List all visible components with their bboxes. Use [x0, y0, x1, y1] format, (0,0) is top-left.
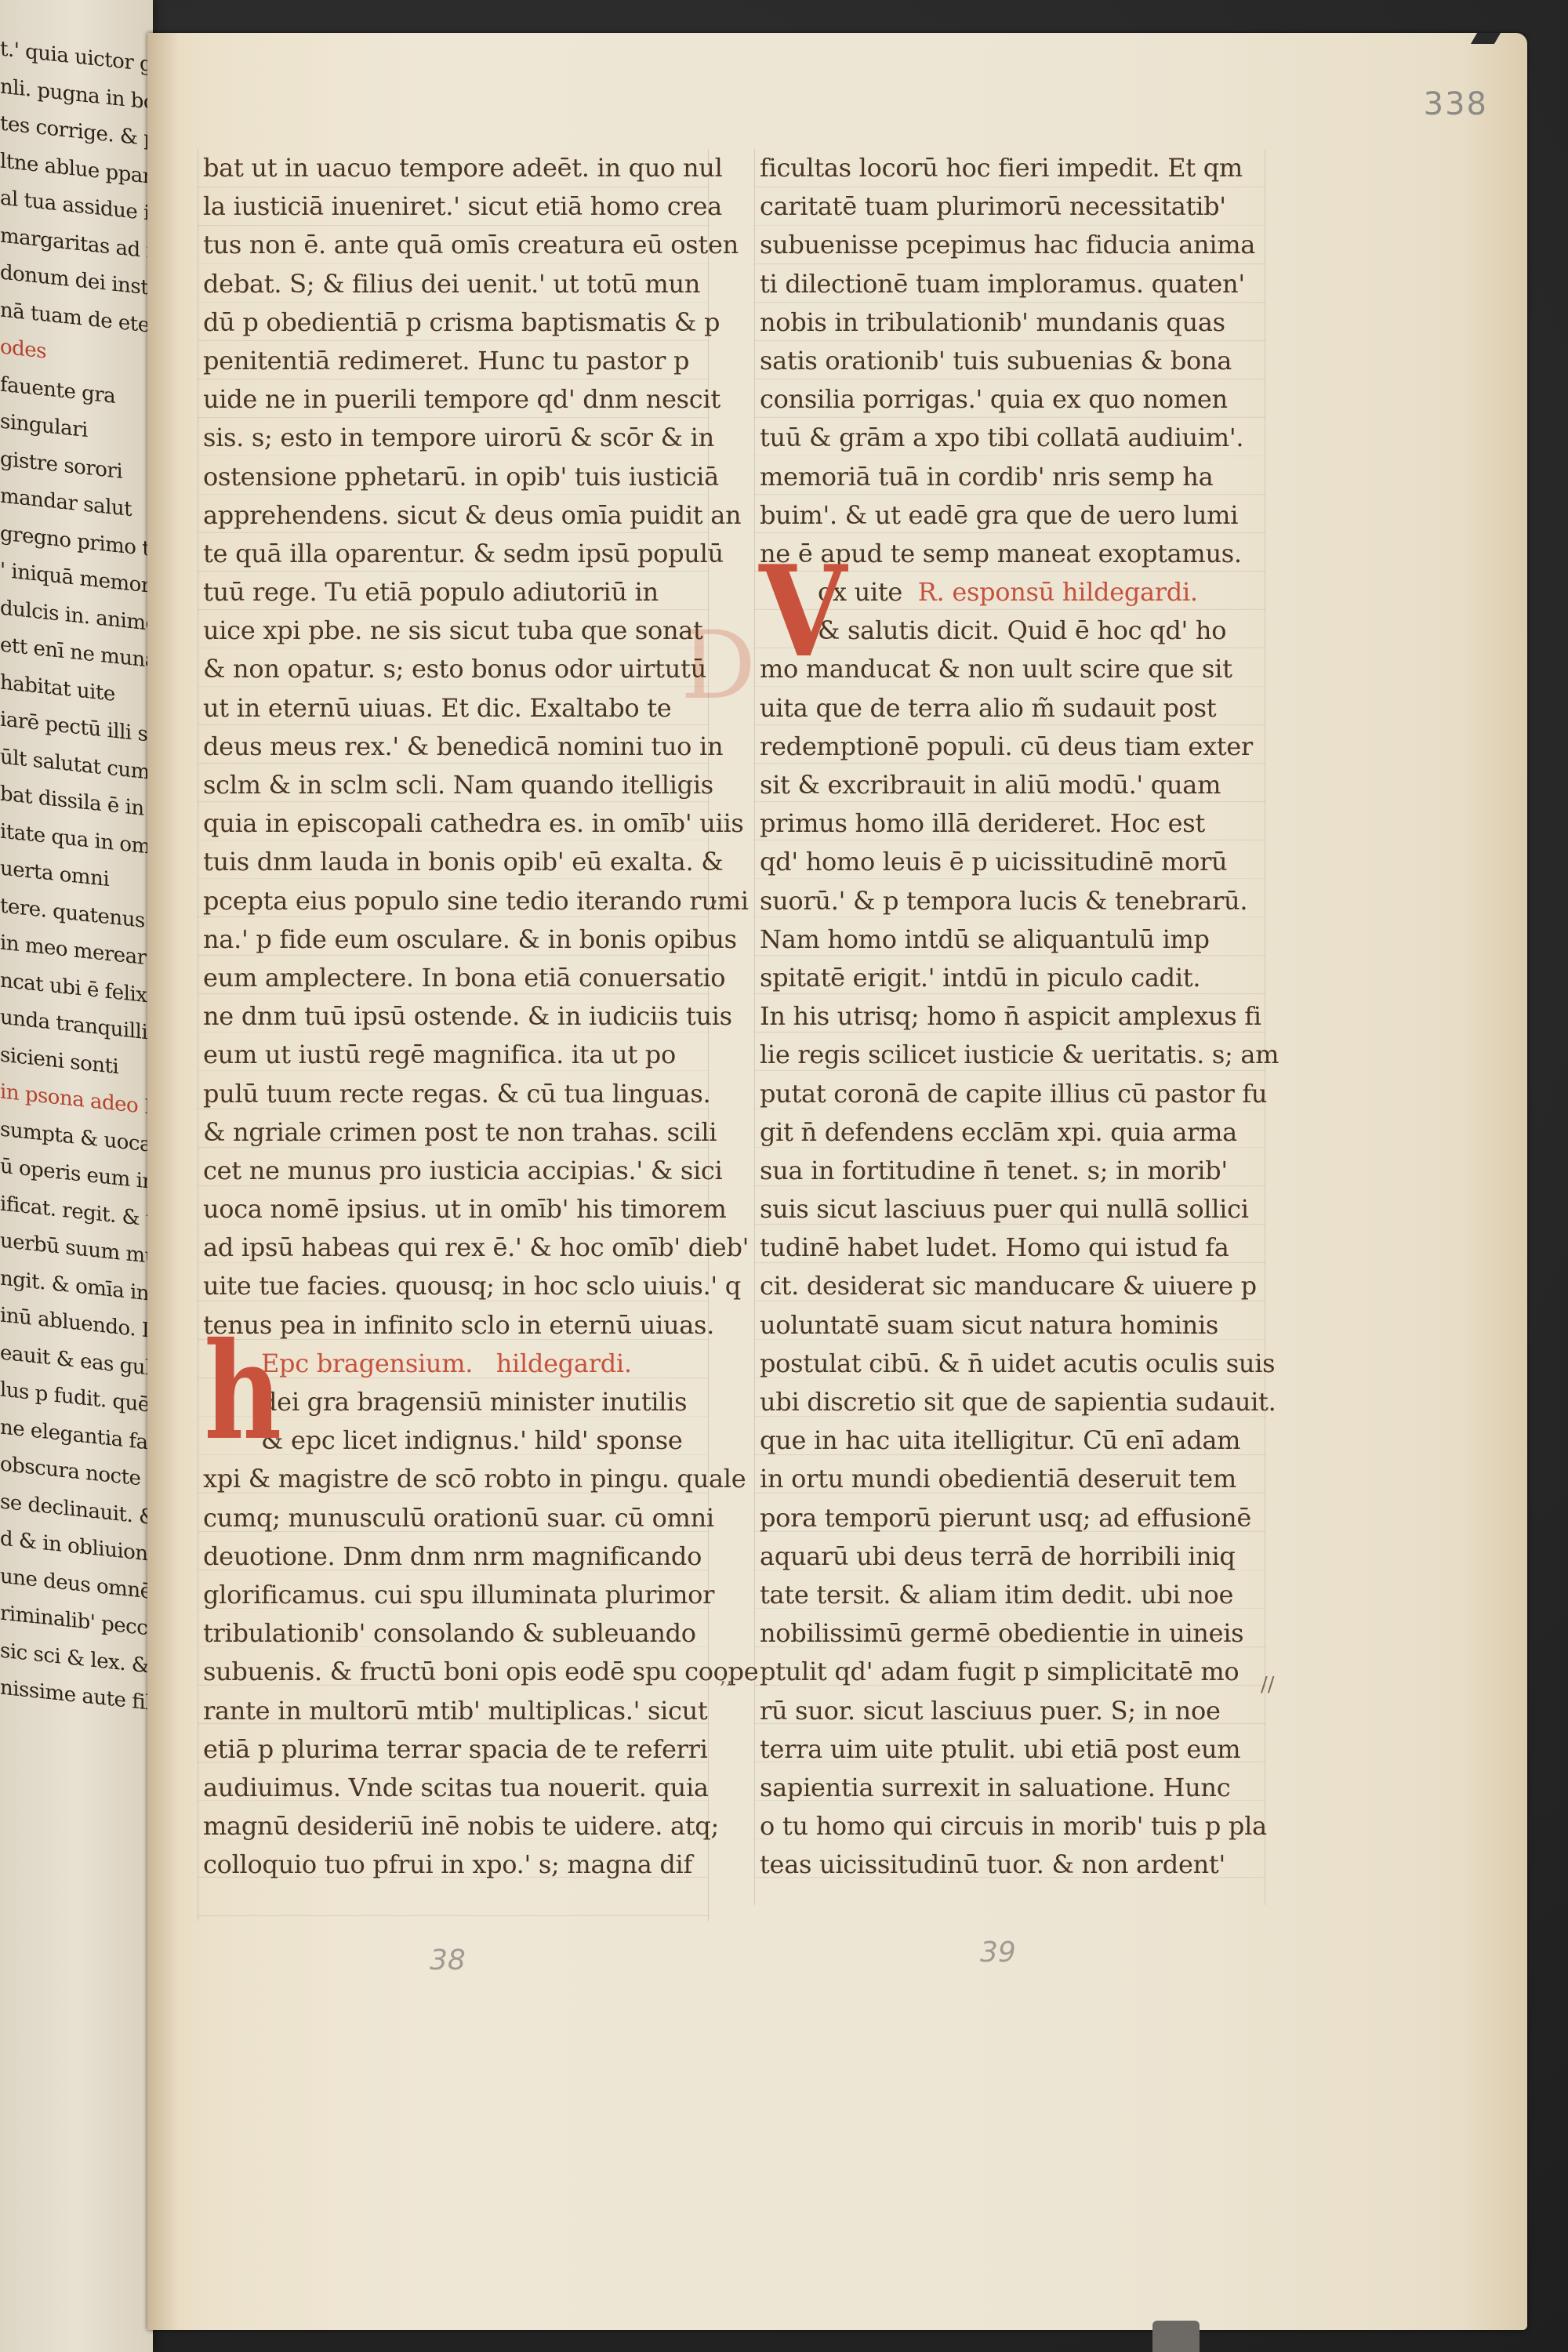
marginal-mark: ,,: [720, 1665, 733, 1689]
text-line: sis. s; esto in tempore uirorū & scōr & …: [198, 419, 708, 457]
marginal-mark: ,,: [712, 884, 725, 908]
text-line: debat. S; & filius dei uenit.' ut totū m…: [198, 265, 708, 303]
text-line: teas uicissitudinū tuor. & non ardent': [755, 1846, 1265, 1884]
text-line: deuotione. Dnm dnm nrm magnificando: [198, 1537, 708, 1576]
text-line: terra uim uite ptulit. ubi etiā post eum: [755, 1730, 1265, 1769]
text-line: ptulit qd' adam fugit p simplicitatē mo: [755, 1653, 1265, 1691]
text-line: tuis dnm lauda in bonis opib' eū exalta.…: [198, 843, 708, 881]
folio-number: 338: [1424, 86, 1488, 122]
text-line: subuenisse pcepimus hac fiducia anima: [755, 226, 1265, 264]
text-line: apprehendens. sicut & deus omīa puidit a…: [198, 496, 708, 535]
text-line: quia in episcopali cathedra es. in omīb'…: [198, 804, 708, 843]
text-line: rū suor. sicut lasciuus puer. S; in noe: [755, 1692, 1265, 1730]
footer-number-right: 39: [980, 1936, 1016, 1969]
text-line: ti dilectionē tuam imploramus. quaten': [755, 265, 1265, 303]
text-line: qd' homo leuis ē p uicissitudinē morū: [755, 843, 1265, 881]
text-line: memoriā tuā in cordib' nris semp ha: [755, 458, 1265, 496]
text-line: dū p obedientiā p crisma baptismatis & p: [198, 303, 708, 342]
text-line: lie regis scilicet iusticie & ueritatis.…: [755, 1036, 1265, 1074]
text-line: te quā illa oparentur. & sedm ipsū popul…: [198, 535, 708, 573]
text-line: suorū.' & p tempora lucis & tenebrarū.: [755, 882, 1265, 920]
text-line: sapientia surrexit in saluatione. Hunc: [755, 1769, 1265, 1807]
text-line: sclm & in sclm scli. Nam quando itelligi…: [198, 766, 708, 804]
text-line: uide ne in puerili tempore qd' dnm nesci…: [198, 380, 708, 419]
text-line: putat coronā de capite illius cū pastor …: [755, 1075, 1265, 1113]
text-line: In his utrisq; homo n̄ aspicit amplexus …: [755, 997, 1265, 1036]
text-line: cet ne munus pro iusticia accipias.' & s…: [198, 1152, 708, 1190]
text-line: que in hac uita itelligitur. Cū enī adam: [755, 1421, 1265, 1460]
text-line: & non opatur. s; esto bonus odor uirtutū: [198, 650, 708, 688]
text-line: penitentiā redimeret. Hunc tu pastor p: [198, 342, 708, 380]
book-clasp: [1152, 2321, 1200, 2352]
text-line: & ngriale crimen post te non trahas. sci…: [198, 1113, 708, 1152]
text-line: rante in multorū mtib' multiplicas.' sic…: [198, 1692, 708, 1730]
text-line: eum amplectere. In bona etiā conuersatio: [198, 959, 708, 997]
text-line: ficultas locorū hoc fieri impedit. Et qm: [755, 149, 1265, 187]
text-line: uoca nomē ipsius. ut in omīb' his timore…: [198, 1190, 708, 1229]
text-line: tudinē habet ludet. Homo qui istud fa: [755, 1229, 1265, 1267]
rubricated-initial-v: V: [759, 549, 847, 674]
text-line: pulū tuum recte regas. & cū tua linguas.: [198, 1075, 708, 1113]
text-line: in ortu mundi obedientiā deseruit tem: [755, 1460, 1265, 1498]
text-line: ostensione pphetarū. in opib' tuis iusti…: [198, 458, 708, 496]
text-line: consilia porrigas.' quia ex quo nomen: [755, 380, 1265, 419]
text-line: nobis in tribulationib' mundanis quas: [755, 303, 1265, 342]
left-text-column: bat ut in uacuo tempore adeēt. in quo nu…: [198, 149, 709, 1921]
footer-number-left: 38: [430, 1944, 466, 1976]
text-line: tate tersit. & aliam itim dedit. ubi noe: [755, 1576, 1265, 1614]
text-line: uita que de terra alio m̃ sudauit post: [755, 689, 1265, 728]
text-line: cit. desiderat sic manducare & uiuere p: [755, 1267, 1265, 1305]
text-line: subuenis. & fructū boni opis eodē spu co…: [198, 1653, 708, 1691]
text-line: postulat cibū. & n̄ uidet acutis oculis …: [755, 1345, 1265, 1383]
text-line: tus non ē. ante quā omīs creatura eū ost…: [198, 226, 708, 264]
text-line: suis sicut lasciuus puer qui nullā solli…: [755, 1190, 1265, 1229]
text-line: glorificamus. cui spu illuminata plurimo…: [198, 1576, 708, 1614]
right-text-column: ficultas locorū hoc fieri impedit. Et qm…: [754, 149, 1265, 1905]
rubricated-initial-h: h: [204, 1325, 281, 1458]
marginal-mark: //: [1261, 1673, 1275, 1697]
text-line: magnū desideriū inē nobis te uidere. atq…: [198, 1807, 708, 1846]
response-rubric: R. esponsū hildegardi.: [918, 577, 1198, 607]
text-line: spitatē erigit.' intdū in piculo cadit.: [755, 959, 1265, 997]
text-line: tribulationib' consolando & subleuando: [198, 1614, 708, 1653]
text-line: uite tue facies. quousq; in hoc sclo uiu…: [198, 1267, 708, 1305]
text-line: etiā p plurima terrar spacia de te refer…: [198, 1730, 708, 1769]
text-line: ne dnm tuū ipsū ostende. & in iudiciis t…: [198, 997, 708, 1036]
rubric-heading-part1: Epc bragensium.: [261, 1348, 473, 1378]
spacer: [473, 1348, 496, 1378]
text-line: pcepta eius populo sine tedio iterando r…: [198, 882, 708, 920]
text-line: uoluntatē suam sicut natura hominis: [755, 1306, 1265, 1345]
text-line: deus meus rex.' & benedicā nomini tuo in: [198, 728, 708, 766]
rubric-heading-part2: hildegardi.: [496, 1348, 632, 1378]
text-line: aquarū ubi deus terrā de horribili iniq: [755, 1537, 1265, 1576]
facing-page-fragment: t.' quia uictor genturnli. pugna in bona…: [0, 0, 153, 2352]
text-line: ad ipsū habeas qui rex ē.' & hoc omīb' d…: [198, 1229, 708, 1267]
text-line: cumq; munusculū orationū suar. cū omni: [198, 1499, 708, 1537]
text-line: ut in eternū uiuas. Et dic. Exaltabo te: [198, 689, 708, 728]
text-line: tuū rege. Tu etiā populo adiutoriū in: [198, 573, 708, 612]
text-line: o tu homo qui circuis in morib' tuis p p…: [755, 1807, 1265, 1846]
text-line: sua in fortitudine n̄ tenet. s; in morib…: [755, 1152, 1265, 1190]
text-line: bat ut in uacuo tempore adeēt. in quo nu…: [198, 149, 708, 187]
text-line: Nam homo intdū se aliquantulū imp: [755, 920, 1265, 959]
text-line: primus homo illā derideret. Hoc est: [755, 804, 1265, 843]
text-line: audiuimus. Vnde scitas tua nouerit. quia: [198, 1769, 708, 1807]
text-line: la iusticiā inueniret.' sicut etiā homo …: [198, 187, 708, 226]
text-line: nobilissimū germē obedientie in uineis: [755, 1614, 1265, 1653]
text-line: colloquio tuo pfrui in xpo.' s; magna di…: [198, 1846, 708, 1884]
spacer: [902, 577, 918, 607]
facing-page-text: t.' quia uictor genturnli. pugna in bona…: [0, 39, 153, 1715]
text-line: tuū & grām a xpo tibi collatā audiuim'.: [755, 419, 1265, 457]
text-line: sit & excribrauit in aliū modū.' quam: [755, 766, 1265, 804]
text-line: uice xpi pbe. ne sis sicut tuba que sona…: [198, 612, 708, 650]
text-line: buim'. & ut eadē gra que de uero lumi: [755, 496, 1265, 535]
text-line: pora temporū pierunt usq; ad effusionē: [755, 1499, 1265, 1537]
text-line: redemptionē populi. cū deus tiam exter: [755, 728, 1265, 766]
text-line: na.' p fide eum osculare. & in bonis opi…: [198, 920, 708, 959]
text-line: ubi discretio sit que de sapientia sudau…: [755, 1383, 1265, 1421]
text-line: eum ut iustū regē magnifica. ita ut po: [198, 1036, 708, 1074]
text-line: git n̄ defendens ecclām xpi. quia arma: [755, 1113, 1265, 1152]
text-line: caritatē tuam plurimorū necessitatib': [755, 187, 1265, 226]
text-line: satis orationib' tuis subuenias & bona: [755, 342, 1265, 380]
